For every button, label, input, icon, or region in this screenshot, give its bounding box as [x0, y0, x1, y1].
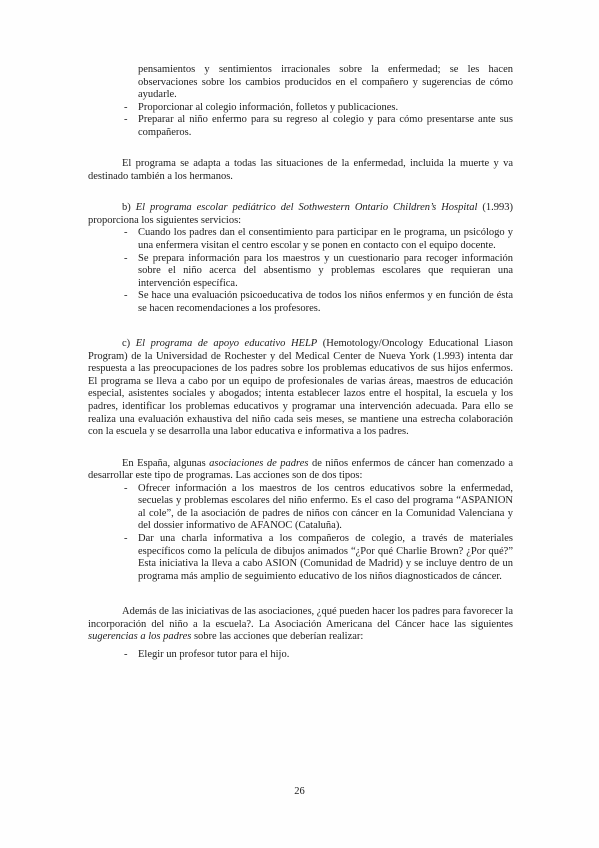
- list-item: - Preparar al niño enfermo para su regre…: [88, 114, 513, 139]
- paragraph-espana: En España, algunas asociaciones de padre…: [88, 458, 513, 483]
- list-item-text: Ofrecer información a los maestros de lo…: [138, 483, 513, 532]
- section-c-rest: (Hemotology/Oncology Educational Liason …: [88, 338, 513, 437]
- bullet-dash: -: [124, 649, 128, 662]
- bullet-dash: -: [124, 253, 128, 266]
- paragraph-continuation: pensamientos y sentimientos irracionales…: [88, 64, 513, 102]
- bullet-dash: -: [124, 533, 128, 546]
- bullet-list-carryover: pensamientos y sentimientos irracionales…: [88, 64, 513, 139]
- section-c-title: El programa de apoyo educativo HELP: [136, 338, 317, 349]
- list-item-text: Se prepara información para los maestros…: [138, 253, 513, 289]
- list-item: - Elegir un profesor tutor para el hijo.: [88, 649, 513, 662]
- list-item-text: Preparar al niño enfermo para su regreso…: [138, 114, 513, 138]
- bullet-list-sugerencias: - Elegir un profesor tutor para el hijo.: [88, 649, 513, 662]
- list-item-text: Dar una charla informativa a los compañe…: [138, 533, 513, 582]
- bullet-list-espana: - Ofrecer información a los maestros de …: [88, 483, 513, 583]
- list-item-text: Cuando los padres dan el consentimiento …: [138, 227, 513, 251]
- ademas-pre: Además de las iniciativas de las asociac…: [88, 606, 513, 630]
- list-item: - Dar una charla informativa a los compa…: [88, 533, 513, 583]
- bullet-dash: -: [124, 114, 128, 127]
- espana-italic: asociaciones de padres: [209, 458, 308, 469]
- list-item: - Se prepara información para los maestr…: [88, 253, 513, 291]
- bullet-dash: -: [124, 102, 128, 115]
- list-item: - Ofrecer información a los maestros de …: [88, 483, 513, 533]
- paragraph-section-c: c) El programa de apoyo educativo HELP (…: [88, 338, 513, 438]
- paragraph-section-b: b) El programa escolar pediátrico del So…: [88, 202, 513, 227]
- list-item: - Cuando los padres dan el consentimient…: [88, 227, 513, 252]
- espana-pre: En España, algunas: [122, 458, 209, 469]
- bullet-dash: -: [124, 483, 128, 496]
- section-b-label: b): [122, 202, 136, 213]
- list-item-text: Elegir un profesor tutor para el hijo.: [138, 649, 289, 660]
- bullet-list-section-b: - Cuando los padres dan el consentimient…: [88, 227, 513, 315]
- paragraph-adaptacion: El programa se adapta a todas las situac…: [88, 158, 513, 183]
- list-item: - Proporcionar al colegio información, f…: [88, 102, 513, 115]
- list-item: - Se hace una evaluación psicoeducativa …: [88, 290, 513, 315]
- ademas-post: sobre las acciones que deberían realizar…: [191, 631, 363, 642]
- section-c-label: c): [122, 338, 136, 349]
- list-item-text: Se hace una evaluación psicoeducativa de…: [138, 290, 513, 314]
- section-b-title: El programa escolar pediátrico del Sothw…: [136, 202, 478, 213]
- paragraph-ademas: Además de las iniciativas de las asociac…: [88, 606, 513, 644]
- bullet-dash: -: [124, 290, 128, 303]
- bullet-dash: -: [124, 227, 128, 240]
- list-item-text: Proporcionar al colegio información, fol…: [138, 102, 398, 113]
- ademas-italic: sugerencias a los padres: [88, 631, 191, 642]
- document-page: pensamientos y sentimientos irracionales…: [0, 0, 599, 848]
- page-number: 26: [0, 786, 599, 799]
